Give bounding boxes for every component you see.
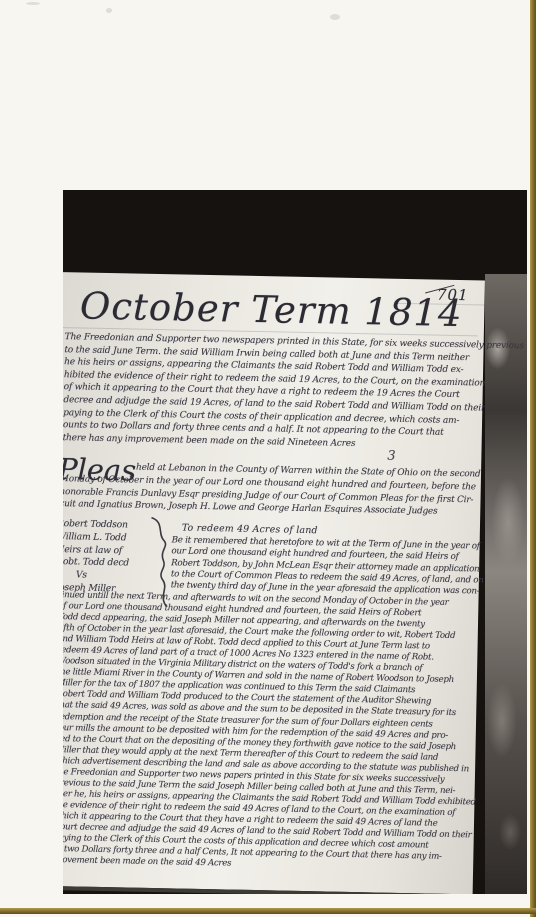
- ink-flourish: 3: [387, 449, 396, 464]
- case-caption-parties: Robert ToddsonWilliam L. ToddHeirs at la…: [63, 518, 157, 597]
- scan-smudge: [26, 2, 40, 5]
- scan-photo-background: 701 October Term 1814 The Freedonian and…: [63, 190, 527, 894]
- pleas-paragraph: held at Lebanon in the County of Warren …: [63, 460, 476, 520]
- frame-border-bottom: [0, 908, 536, 914]
- case-subject: To redeem 49 Acres of land: [182, 523, 318, 537]
- paragraph-first: The Freedonian and Supporter two newspap…: [63, 331, 479, 453]
- page-heading: October Term 1814: [78, 284, 465, 335]
- handwritten-line: William L. Todd: [63, 531, 157, 546]
- scan-smudge: [330, 14, 340, 20]
- paper-edge-texture: [485, 274, 527, 894]
- document-page: 701 October Term 1814 The Freedonian and…: [63, 272, 485, 894]
- order-paragraph-indented: Be it remembered that heretofore to wit …: [171, 535, 476, 598]
- scanned-document-image: 701 October Term 1814 The Freedonian and…: [0, 0, 536, 917]
- frame-border-right: [530, 0, 536, 917]
- order-paragraph-full: tinued untill the next Term, and afterwa…: [63, 590, 475, 874]
- scan-smudge: [106, 8, 112, 13]
